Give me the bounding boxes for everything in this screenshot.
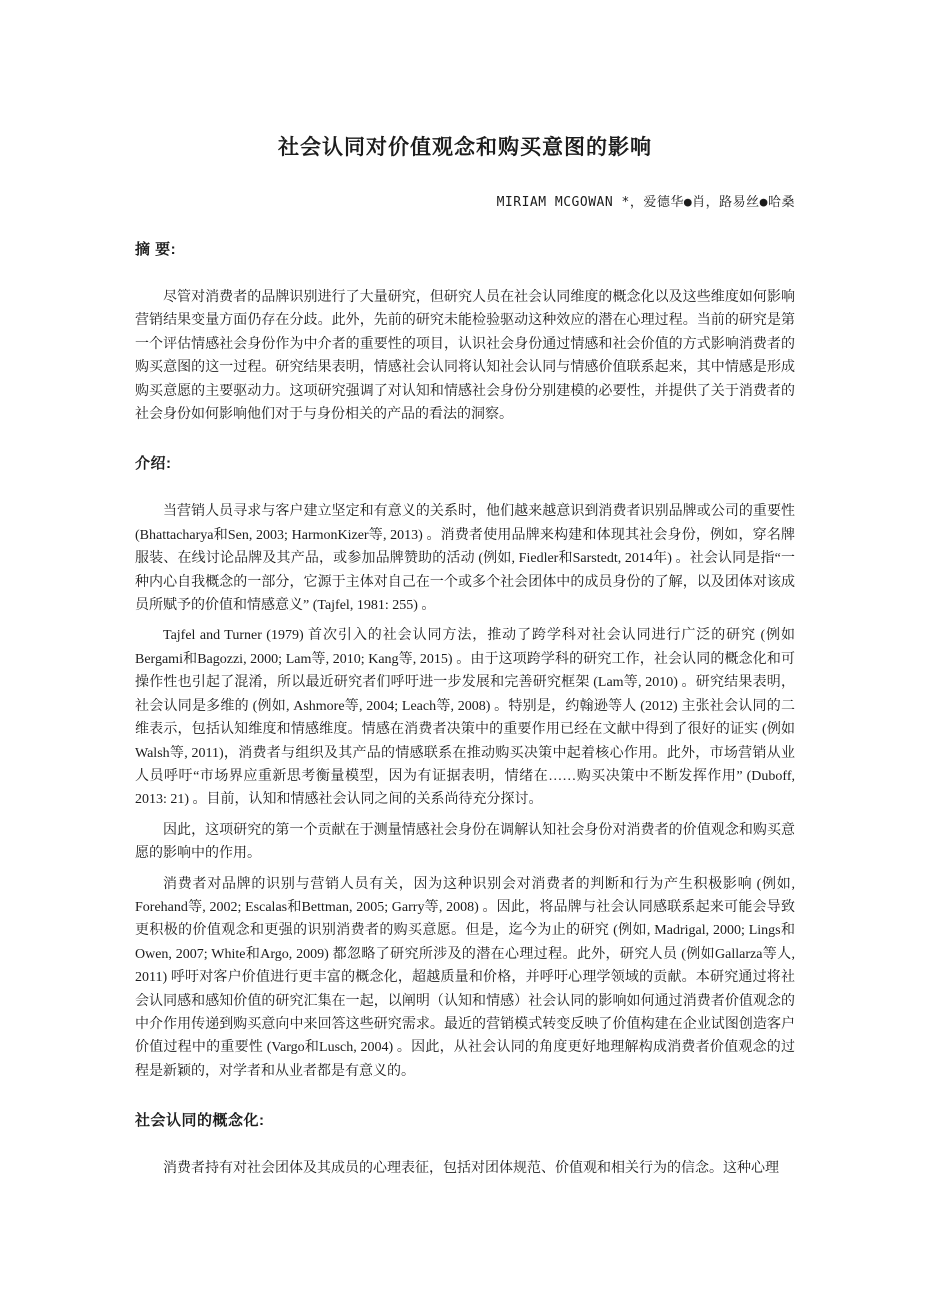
- introduction-paragraph-2: Tajfel and Turner (1979) 首次引入的社会认同方法，推动了…: [135, 624, 795, 811]
- introduction-paragraph-1: 当营销人员寻求与客户建立坚定和有意义的关系时，他们越来越意识到消费者识别品牌或公…: [135, 500, 795, 617]
- author-line: MIRIAM MCGOWAN *，爱德华●肖，路易丝●哈桑: [135, 194, 795, 212]
- section-introduction: 介绍: 当营销人员寻求与客户建立坚定和有意义的关系时，他们越来越意识到消费者识别…: [135, 454, 795, 1083]
- conceptualization-paragraph-1: 消费者持有对社会团体及其成员的心理表征，包括对团体规范、价值观和相关行为的信念。…: [135, 1157, 795, 1180]
- section-heading-abstract: 摘 要:: [135, 240, 795, 260]
- section-heading-introduction: 介绍:: [135, 454, 795, 474]
- document-page: 社会认同对价值观念和购买意图的影响 MIRIAM MCGOWAN *，爱德华●肖…: [0, 0, 926, 1309]
- section-heading-conceptualization: 社会认同的概念化:: [135, 1111, 795, 1131]
- section-conceptualization: 社会认同的概念化: 消费者持有对社会团体及其成员的心理表征，包括对团体规范、价值…: [135, 1111, 795, 1180]
- abstract-paragraph: 尽管对消费者的品牌识别进行了大量研究，但研究人员在社会认同维度的概念化以及这些维…: [135, 286, 795, 426]
- introduction-paragraph-3: 因此，这项研究的第一个贡献在于测量情感社会身份在调解认知社会身份对消费者的价值观…: [135, 819, 795, 866]
- section-abstract: 摘 要: 尽管对消费者的品牌识别进行了大量研究，但研究人员在社会认同维度的概念化…: [135, 240, 795, 426]
- introduction-paragraph-4: 消费者对品牌的识别与营销人员有关，因为这种识别会对消费者的判断和行为产生积极影响…: [135, 873, 795, 1084]
- page-title: 社会认同对价值观念和购买意图的影响: [135, 135, 795, 161]
